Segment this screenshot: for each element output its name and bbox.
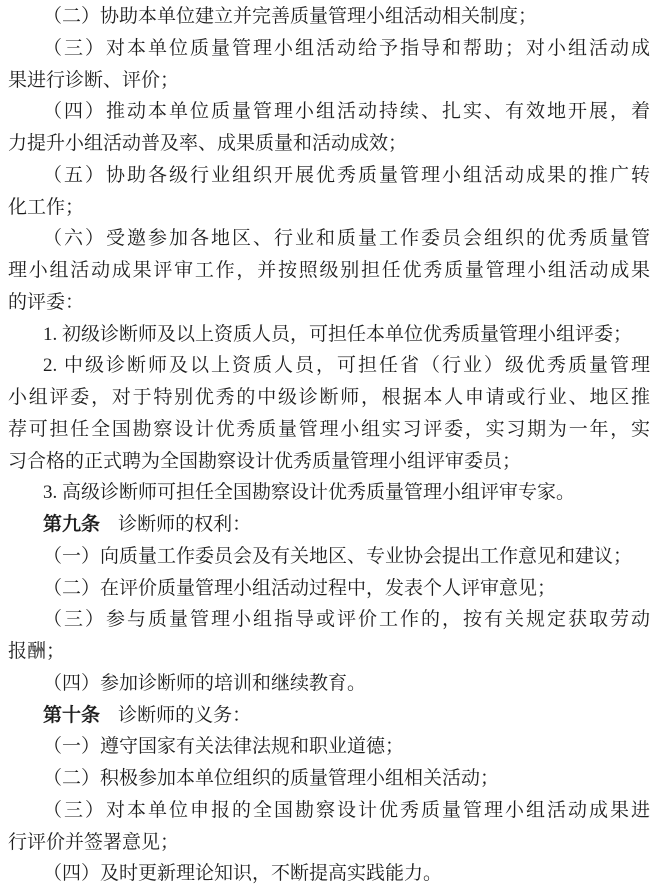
text-line: 力提升小组活动普及率、成果质量和活动成效； <box>8 128 650 160</box>
line-text: 果进行诊断、评价； <box>8 70 179 91</box>
line-text: 化工作； <box>8 197 84 218</box>
line-text: 诊断师的义务： <box>118 705 251 726</box>
text-line: 1. 初级诊断师及以上资质人员，可担任本单位优秀质量管理小组评委； <box>8 319 650 351</box>
text-line: （二）积极参加本单位组织的质量管理小组相关活动； <box>8 763 650 795</box>
line-text: （四）推动本单位质量管理小组活动持续、扎实、有效地开展，着 <box>43 101 650 122</box>
line-text: （二）积极参加本单位组织的质量管理小组相关活动； <box>43 768 499 789</box>
text-line: 第十条诊断师的义务： <box>8 700 650 732</box>
line-text: （二）在评价质量管理小组活动过程中，发表个人评审意见； <box>43 578 556 599</box>
text-line: 的评委： <box>8 287 650 319</box>
line-text: 2. 中级诊断师及以上资质人员，可担任省（行业）级优秀质量管理 <box>43 355 650 376</box>
line-text: （六）受邀参加各地区、行业和质量工作委员会组织的优秀质量管 <box>43 228 650 249</box>
text-line: （三）参与质量管理小组指导或评价工作的，按有关规定获取劳动 <box>8 604 650 636</box>
text-line: 行评价并签署意见； <box>8 827 650 859</box>
text-line: 化工作； <box>8 192 650 224</box>
text-line: 理小组活动成果评审工作，并按照级别担任优秀质量管理小组活动成果 <box>8 255 650 287</box>
text-line: （三）对本单位质量管理小组活动给予指导和帮助；对小组活动成 <box>8 33 650 65</box>
text-line: （一）向质量工作委员会及有关地区、专业协会提出工作意见和建议； <box>8 541 650 573</box>
line-text: （一）遵守国家有关法律法规和职业道德； <box>43 736 404 757</box>
text-line: 荐可担任全国勘察设计优秀质量管理小组实习评委，实习期为一年，实 <box>8 414 650 446</box>
article-number-label: 第十条 <box>43 705 100 726</box>
line-text: 3. 高级诊断师可担任全国勘察设计优秀质量管理小组评审专家。 <box>43 482 575 503</box>
line-text: （五）协助各级行业组织开展优秀质量管理小组活动成果的推广转 <box>43 165 650 186</box>
text-line: 第九条诊断师的权利： <box>8 509 650 541</box>
text-line: （四）及时更新理论知识，不断提高实践能力。 <box>8 858 650 890</box>
line-text: （一）向质量工作委员会及有关地区、专业协会提出工作意见和建议； <box>43 546 632 567</box>
line-text: 诊断师的权利： <box>118 514 251 535</box>
text-line: 报酬； <box>8 636 650 668</box>
line-text: （三）参与质量管理小组指导或评价工作的，按有关规定获取劳动 <box>43 609 650 630</box>
text-line: 习合格的正式聘为全国勘察设计优秀质量管理小组评审委员； <box>8 446 650 478</box>
line-text: （四）及时更新理论知识，不断提高实践能力。 <box>43 863 442 884</box>
text-line: 2. 中级诊断师及以上资质人员，可担任省（行业）级优秀质量管理 <box>8 350 650 382</box>
text-line: （五）协助各级行业组织开展优秀质量管理小组活动成果的推广转 <box>8 160 650 192</box>
line-text: 1. 初级诊断师及以上资质人员，可担任本单位优秀质量管理小组评委； <box>43 324 632 345</box>
text-line: （四）参加诊断师的培训和继续教育。 <box>8 668 650 700</box>
line-text: 报酬； <box>8 641 65 662</box>
text-line: （三）对本单位申报的全国勘察设计优秀质量管理小组活动成果进 <box>8 795 650 827</box>
line-text: 习合格的正式聘为全国勘察设计优秀质量管理小组评审委员； <box>8 451 521 472</box>
text-line: （一）遵守国家有关法律法规和职业道德； <box>8 731 650 763</box>
document-body: （二）协助本单位建立并完善质量管理小组活动相关制度；（三）对本单位质量管理小组活… <box>8 1 650 890</box>
document-page: （二）协助本单位建立并完善质量管理小组活动相关制度；（三）对本单位质量管理小组活… <box>0 0 660 890</box>
line-text: （三）对本单位申报的全国勘察设计优秀质量管理小组活动成果进 <box>43 800 650 821</box>
text-line: （四）推动本单位质量管理小组活动持续、扎实、有效地开展，着 <box>8 96 650 128</box>
line-text: （二）协助本单位建立并完善质量管理小组活动相关制度； <box>43 6 537 27</box>
text-line: （六）受邀参加各地区、行业和质量工作委员会组织的优秀质量管 <box>8 223 650 255</box>
line-text: 理小组活动成果评审工作，并按照级别担任优秀质量管理小组活动成果 <box>8 260 650 281</box>
text-line: 小组评委，对于特别优秀的中级诊断师，根据本人申请或行业、地区推 <box>8 382 650 414</box>
line-text: 小组评委，对于特别优秀的中级诊断师，根据本人申请或行业、地区推 <box>8 387 650 408</box>
article-number-label: 第九条 <box>43 514 100 535</box>
line-text: 荐可担任全国勘察设计优秀质量管理小组实习评委，实习期为一年，实 <box>8 419 650 440</box>
line-text: （三）对本单位质量管理小组活动给予指导和帮助；对小组活动成 <box>43 38 650 59</box>
text-line: （二）协助本单位建立并完善质量管理小组活动相关制度； <box>8 1 650 33</box>
text-line: （二）在评价质量管理小组活动过程中，发表个人评审意见； <box>8 573 650 605</box>
line-text: （四）参加诊断师的培训和继续教育。 <box>43 673 366 694</box>
text-line: 3. 高级诊断师可担任全国勘察设计优秀质量管理小组评审专家。 <box>8 477 650 509</box>
line-text: 行评价并签署意见； <box>8 832 179 853</box>
text-line: 果进行诊断、评价； <box>8 65 650 97</box>
line-text: 力提升小组活动普及率、成果质量和活动成效； <box>8 133 407 154</box>
line-text: 的评委： <box>8 292 84 313</box>
